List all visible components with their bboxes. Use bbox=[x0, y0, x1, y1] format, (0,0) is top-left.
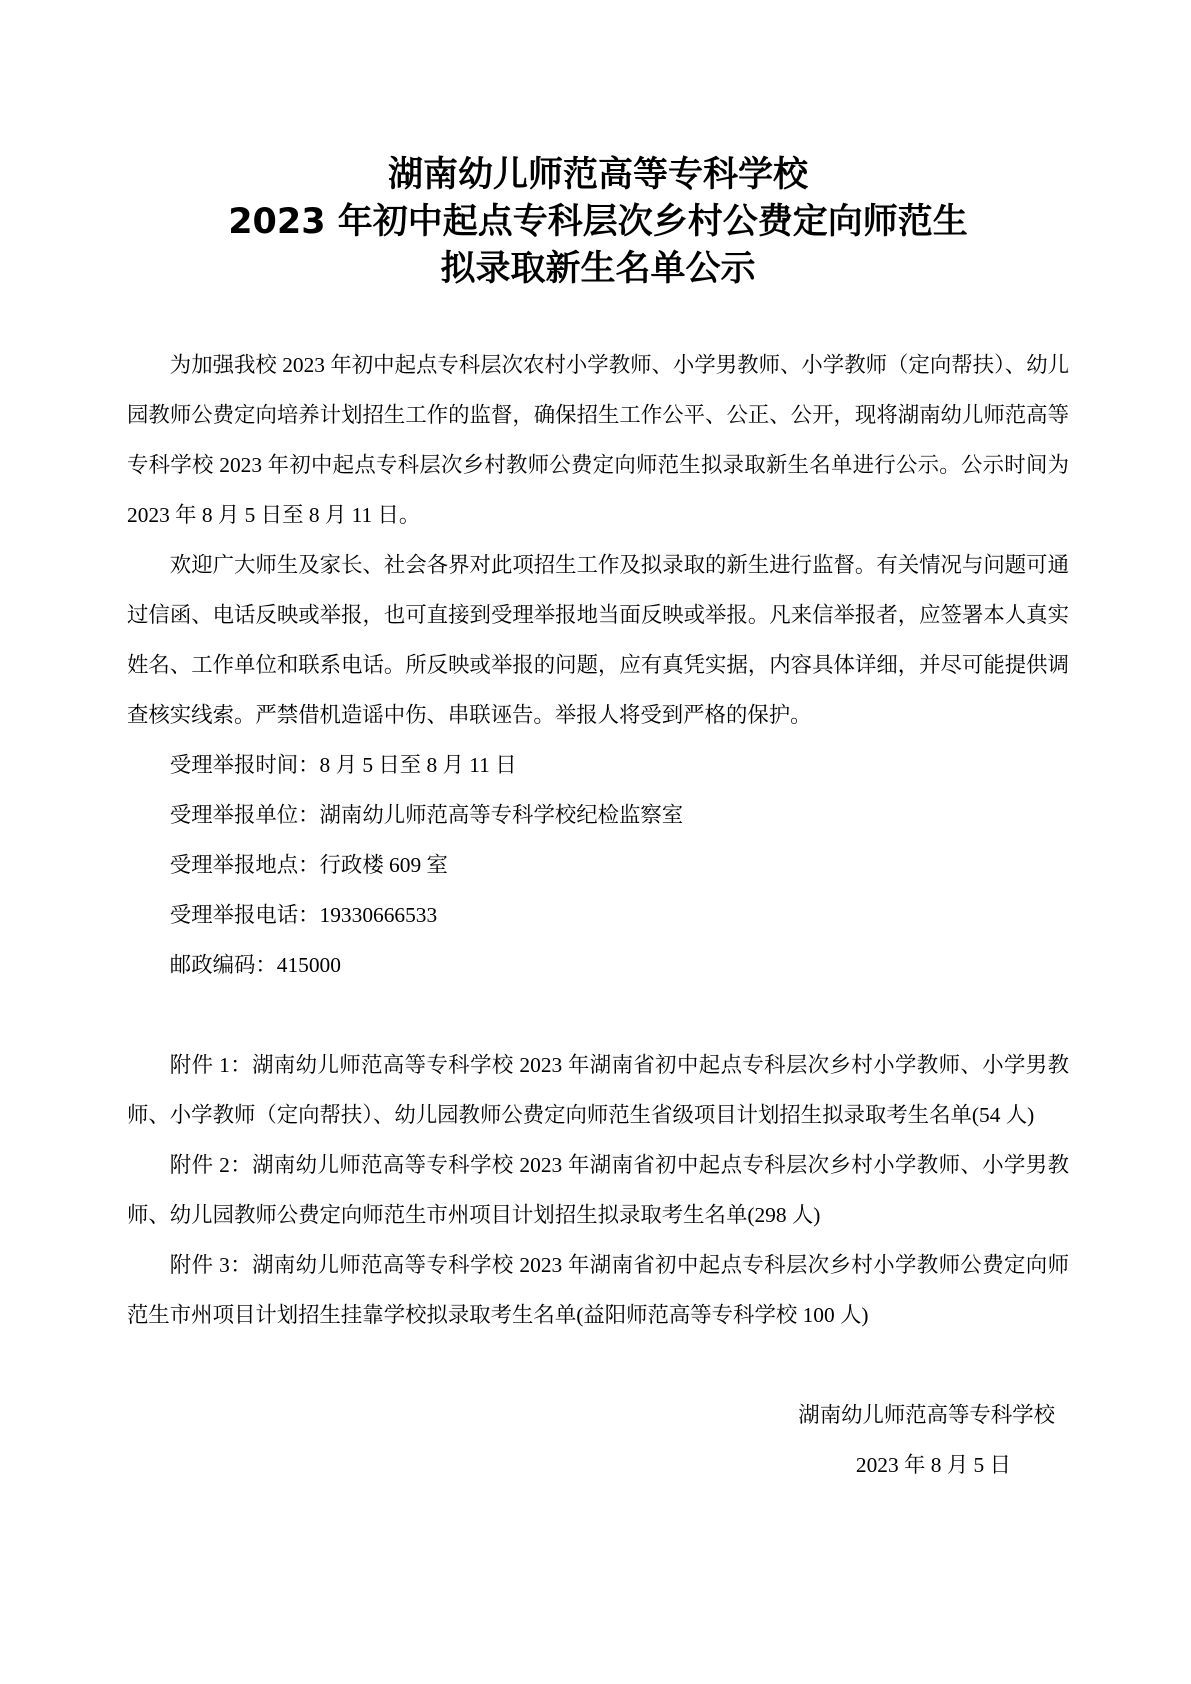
report-place-line: 受理举报地点：行政楼 609 室 bbox=[127, 840, 1069, 890]
report-unit-line: 受理举报单位：湖南幼儿师范高等专科学校纪检监察室 bbox=[127, 790, 1069, 840]
signature-date: 2023 年 8 月 5 日 bbox=[127, 1440, 1069, 1490]
report-phone-line: 受理举报电话：19330666533 bbox=[127, 890, 1069, 940]
title-line-school: 湖南幼儿师范高等专科学校 bbox=[127, 152, 1069, 199]
supervision-paragraph: 欢迎广大师生及家长、社会各界对此项招生工作及拟录取的新生进行监督。有关情况与问题… bbox=[127, 540, 1069, 740]
report-time-line: 受理举报时间：8 月 5 日至 8 月 11 日 bbox=[127, 740, 1069, 790]
title-line-program: 2023 年初中起点专科层次乡村公费定向师范生 bbox=[127, 199, 1069, 246]
intro-paragraph: 为加强我校 2023 年初中起点专科层次农村小学教师、小学男教师、小学教师（定向… bbox=[127, 340, 1069, 540]
document-body: 为加强我校 2023 年初中起点专科层次农村小学教师、小学男教师、小学教师（定向… bbox=[127, 340, 1069, 1490]
title-line-subject: 拟录取新生名单公示 bbox=[127, 246, 1069, 293]
postal-code-line: 邮政编码：415000 bbox=[127, 940, 1069, 990]
signature-block: 湖南幼儿师范高等专科学校 2023 年 8 月 5 日 bbox=[127, 1390, 1069, 1490]
attachment-3-line: 附件 3：湖南幼儿师范高等专科学校 2023 年湖南省初中起点专科层次乡村小学教… bbox=[127, 1240, 1069, 1340]
attachment-2-line: 附件 2：湖南幼儿师范高等专科学校 2023 年湖南省初中起点专科层次乡村小学教… bbox=[127, 1140, 1069, 1240]
attachments-section: 附件 1：湖南幼儿师范高等专科学校 2023 年湖南省初中起点专科层次乡村小学教… bbox=[127, 1040, 1069, 1340]
signature-org: 湖南幼儿师范高等专科学校 bbox=[127, 1390, 1069, 1440]
attachment-1-line: 附件 1：湖南幼儿师范高等专科学校 2023 年湖南省初中起点专科层次乡村小学教… bbox=[127, 1040, 1069, 1140]
document-title: 湖南幼儿师范高等专科学校 2023 年初中起点专科层次乡村公费定向师范生 拟录取… bbox=[127, 152, 1069, 293]
announcement-page: 湖南幼儿师范高等专科学校 2023 年初中起点专科层次乡村公费定向师范生 拟录取… bbox=[0, 0, 1191, 1684]
